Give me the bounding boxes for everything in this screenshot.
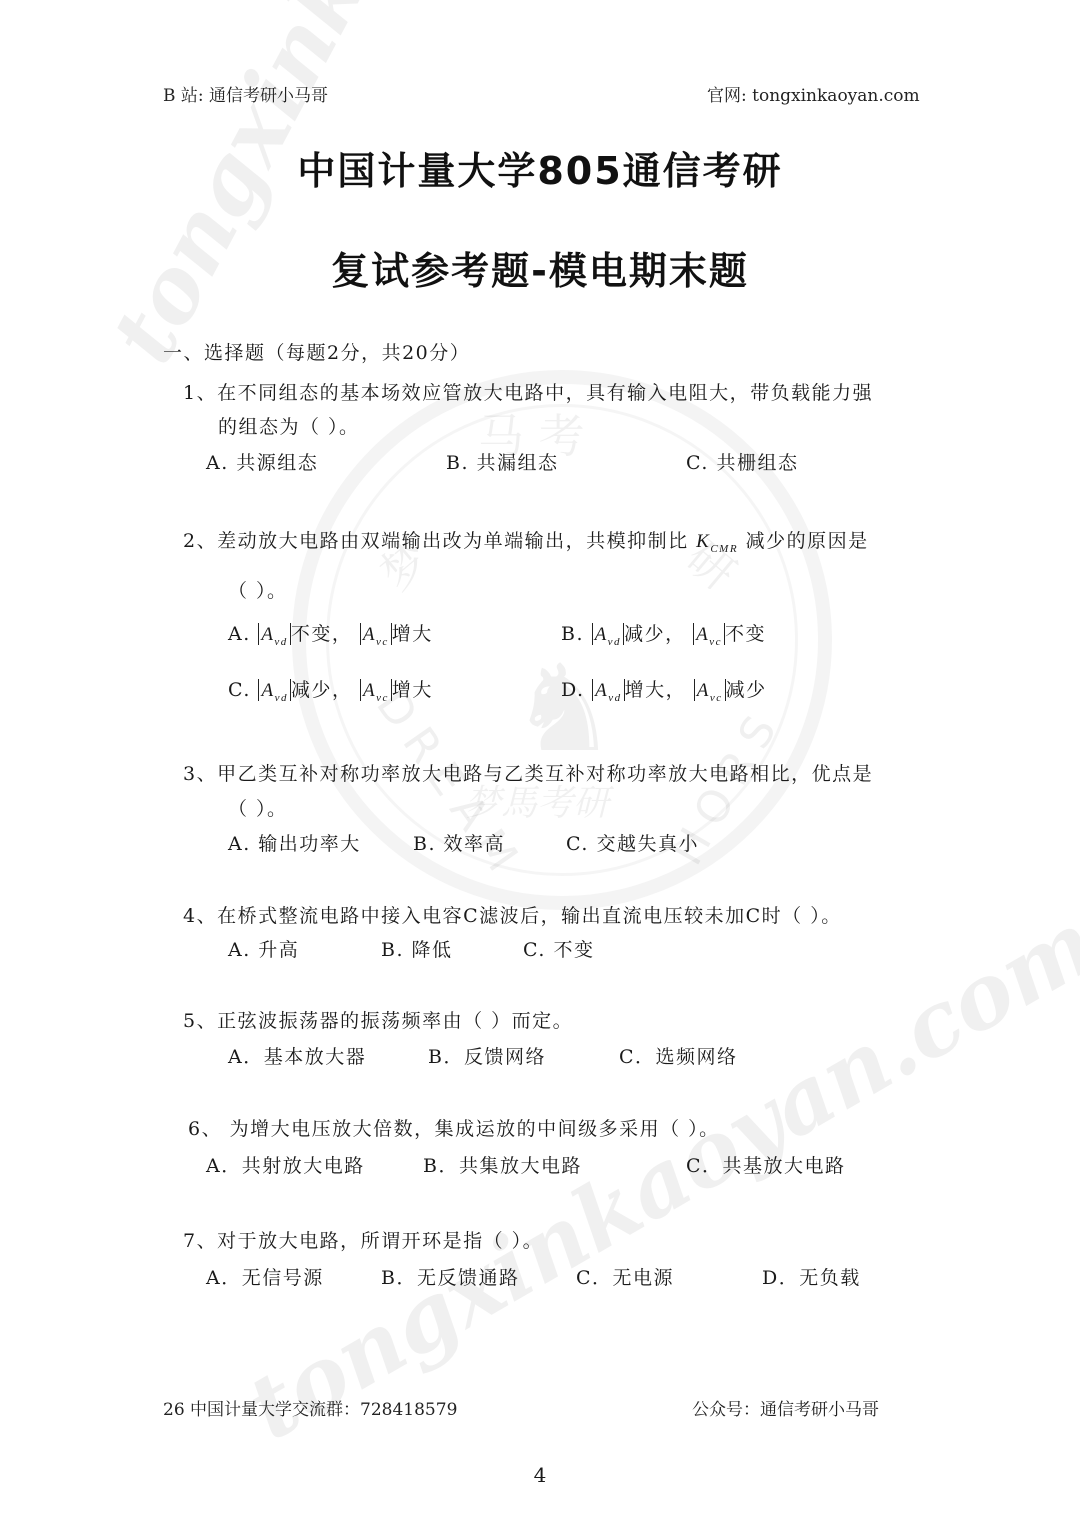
footer-left-group-number: 26 中国计量大学交流群：728418579	[163, 1395, 457, 1420]
option-text-2: 增大	[392, 679, 433, 701]
question-5-option-a: A．基本放大器	[228, 1042, 366, 1069]
abs-avd: Avd	[592, 623, 625, 645]
question-2-option-b: B. Avd减少， Avc不变	[561, 619, 766, 648]
question-3-stem-line1: 3、甲乙类互补对称功率放大电路与乙类互补对称功率放大电路相比，优点是	[183, 759, 873, 786]
question-1-option-b: B. 共漏组态	[446, 448, 559, 475]
question-1-stem-line2: 的组态为（ ）。	[218, 412, 360, 439]
abs-avd: Avd	[258, 623, 291, 645]
question-5-option-c: C．选频网络	[619, 1042, 738, 1069]
option-text-1: 不变，	[291, 623, 353, 645]
option-label: B.	[561, 623, 584, 645]
question-6-option-a: A．共射放大电路	[206, 1151, 365, 1178]
question-4-option-b: B. 降低	[381, 935, 453, 962]
option-label: D.	[561, 679, 585, 701]
question-4-option-c: C. 不变	[523, 935, 594, 962]
subscript-vc: vc	[709, 636, 722, 648]
option-text-1: 减少，	[624, 623, 686, 645]
symbol-a: A	[697, 680, 710, 701]
question-2-stem-line2: （ ）。	[228, 576, 288, 603]
question-5-option-b: B．反馈网络	[428, 1042, 546, 1069]
subscript-vc: vc	[710, 692, 723, 704]
question-6-option-b: B．共集放大电路	[423, 1151, 582, 1178]
question-3-option-c: C. 交越失真小	[566, 829, 699, 856]
question-2-stem-post: 减少的原因是	[746, 530, 869, 552]
abs-avd: Avd	[592, 679, 625, 701]
option-text-2: 不变	[725, 623, 766, 645]
option-text-2: 减少	[726, 679, 767, 701]
page-title-line2: 复试参考题-模电期末题	[0, 240, 1080, 295]
symbol-a: A	[261, 624, 274, 645]
abs-avc: Avc	[693, 623, 725, 645]
question-2-stem-line1: 2、差动放大电路由双端输出改为单端输出，共模抑制比 KCMR 减少的原因是	[183, 526, 869, 555]
question-3-stem-line2: （ ）。	[228, 794, 288, 821]
option-text-1: 增大，	[625, 679, 687, 701]
question-3-option-b: B. 效率高	[413, 829, 505, 856]
question-1-option-a: A. 共源组态	[206, 448, 318, 475]
abs-avc: Avc	[694, 679, 726, 701]
question-6-option-c: C．共基放大电路	[686, 1151, 846, 1178]
option-label: C.	[228, 679, 251, 701]
question-3-option-a: A. 输出功率大	[228, 829, 361, 856]
abs-avc: Avc	[360, 679, 392, 701]
header-left: B 站: 通信考研小马哥	[163, 81, 328, 106]
question-2-option-c: C. Avd减少， Avc增大	[228, 675, 433, 704]
question-2-option-d: D. Avd增大， Avc减少	[561, 675, 767, 704]
subscript-vd: vd	[608, 636, 621, 648]
section-heading: 一、选择题（每题2分，共20分）	[163, 338, 470, 365]
symbol-a: A	[261, 680, 274, 701]
page-title-line1: 中国计量大学805通信考研	[0, 140, 1080, 195]
symbol-a: A	[595, 680, 608, 701]
question-2-kcmr-subscript: CMR	[710, 543, 738, 555]
question-2-option-a: A. Avd不变， Avc增大	[228, 619, 433, 648]
option-text-1: 减少，	[291, 679, 353, 701]
symbol-a: A	[363, 680, 376, 701]
question-2-kcmr-symbol: K	[696, 531, 710, 552]
question-6-stem-line1: 6、 为增大电压放大倍数，集成运放的中间级多采用（ ）。	[188, 1114, 720, 1141]
header-right-website: 官网: tongxinkaoyan.com	[707, 81, 920, 106]
symbol-a: A	[696, 624, 709, 645]
question-7-stem-line1: 7、对于放大电路，所谓开环是指（ ）。	[183, 1226, 543, 1253]
page-number: 4	[0, 1463, 1080, 1487]
subscript-vc: vc	[376, 636, 389, 648]
option-label: A.	[228, 623, 251, 645]
abs-avd: Avd	[258, 679, 291, 701]
subscript-vd: vd	[608, 692, 621, 704]
option-text-2: 增大	[392, 623, 433, 645]
abs-avc: Avc	[360, 623, 392, 645]
footer-right-wechat: 公众号：通信考研小马哥	[692, 1395, 879, 1420]
question-4-stem-line1: 4、在桥式整流电路中接入电容C滤波后，输出直流电压较未加C时（ ）。	[183, 901, 842, 928]
symbol-a: A	[363, 624, 376, 645]
question-2-stem-pre: 2、差动放大电路由双端输出改为单端输出，共模抑制比	[183, 530, 689, 552]
question-7-option-b: B．无反馈通路	[381, 1263, 519, 1290]
subscript-vc: vc	[376, 692, 389, 704]
question-5-stem-line1: 5、正弦波振荡器的振荡频率由（ ）而定。	[183, 1006, 573, 1033]
question-1-option-c: C. 共栅组态	[686, 448, 798, 475]
subscript-vd: vd	[275, 692, 288, 704]
symbol-a: A	[595, 624, 608, 645]
question-4-option-a: A. 升高	[228, 935, 299, 962]
question-7-option-a: A．无信号源	[206, 1263, 324, 1290]
question-1-stem-line1: 1、在不同组态的基本场效应管放大电路中，具有输入电阻大，带负载能力强	[183, 378, 873, 405]
question-7-option-c: C．无电源	[576, 1263, 674, 1290]
question-7-option-d: D．无负载	[762, 1263, 861, 1290]
subscript-vd: vd	[274, 636, 287, 648]
